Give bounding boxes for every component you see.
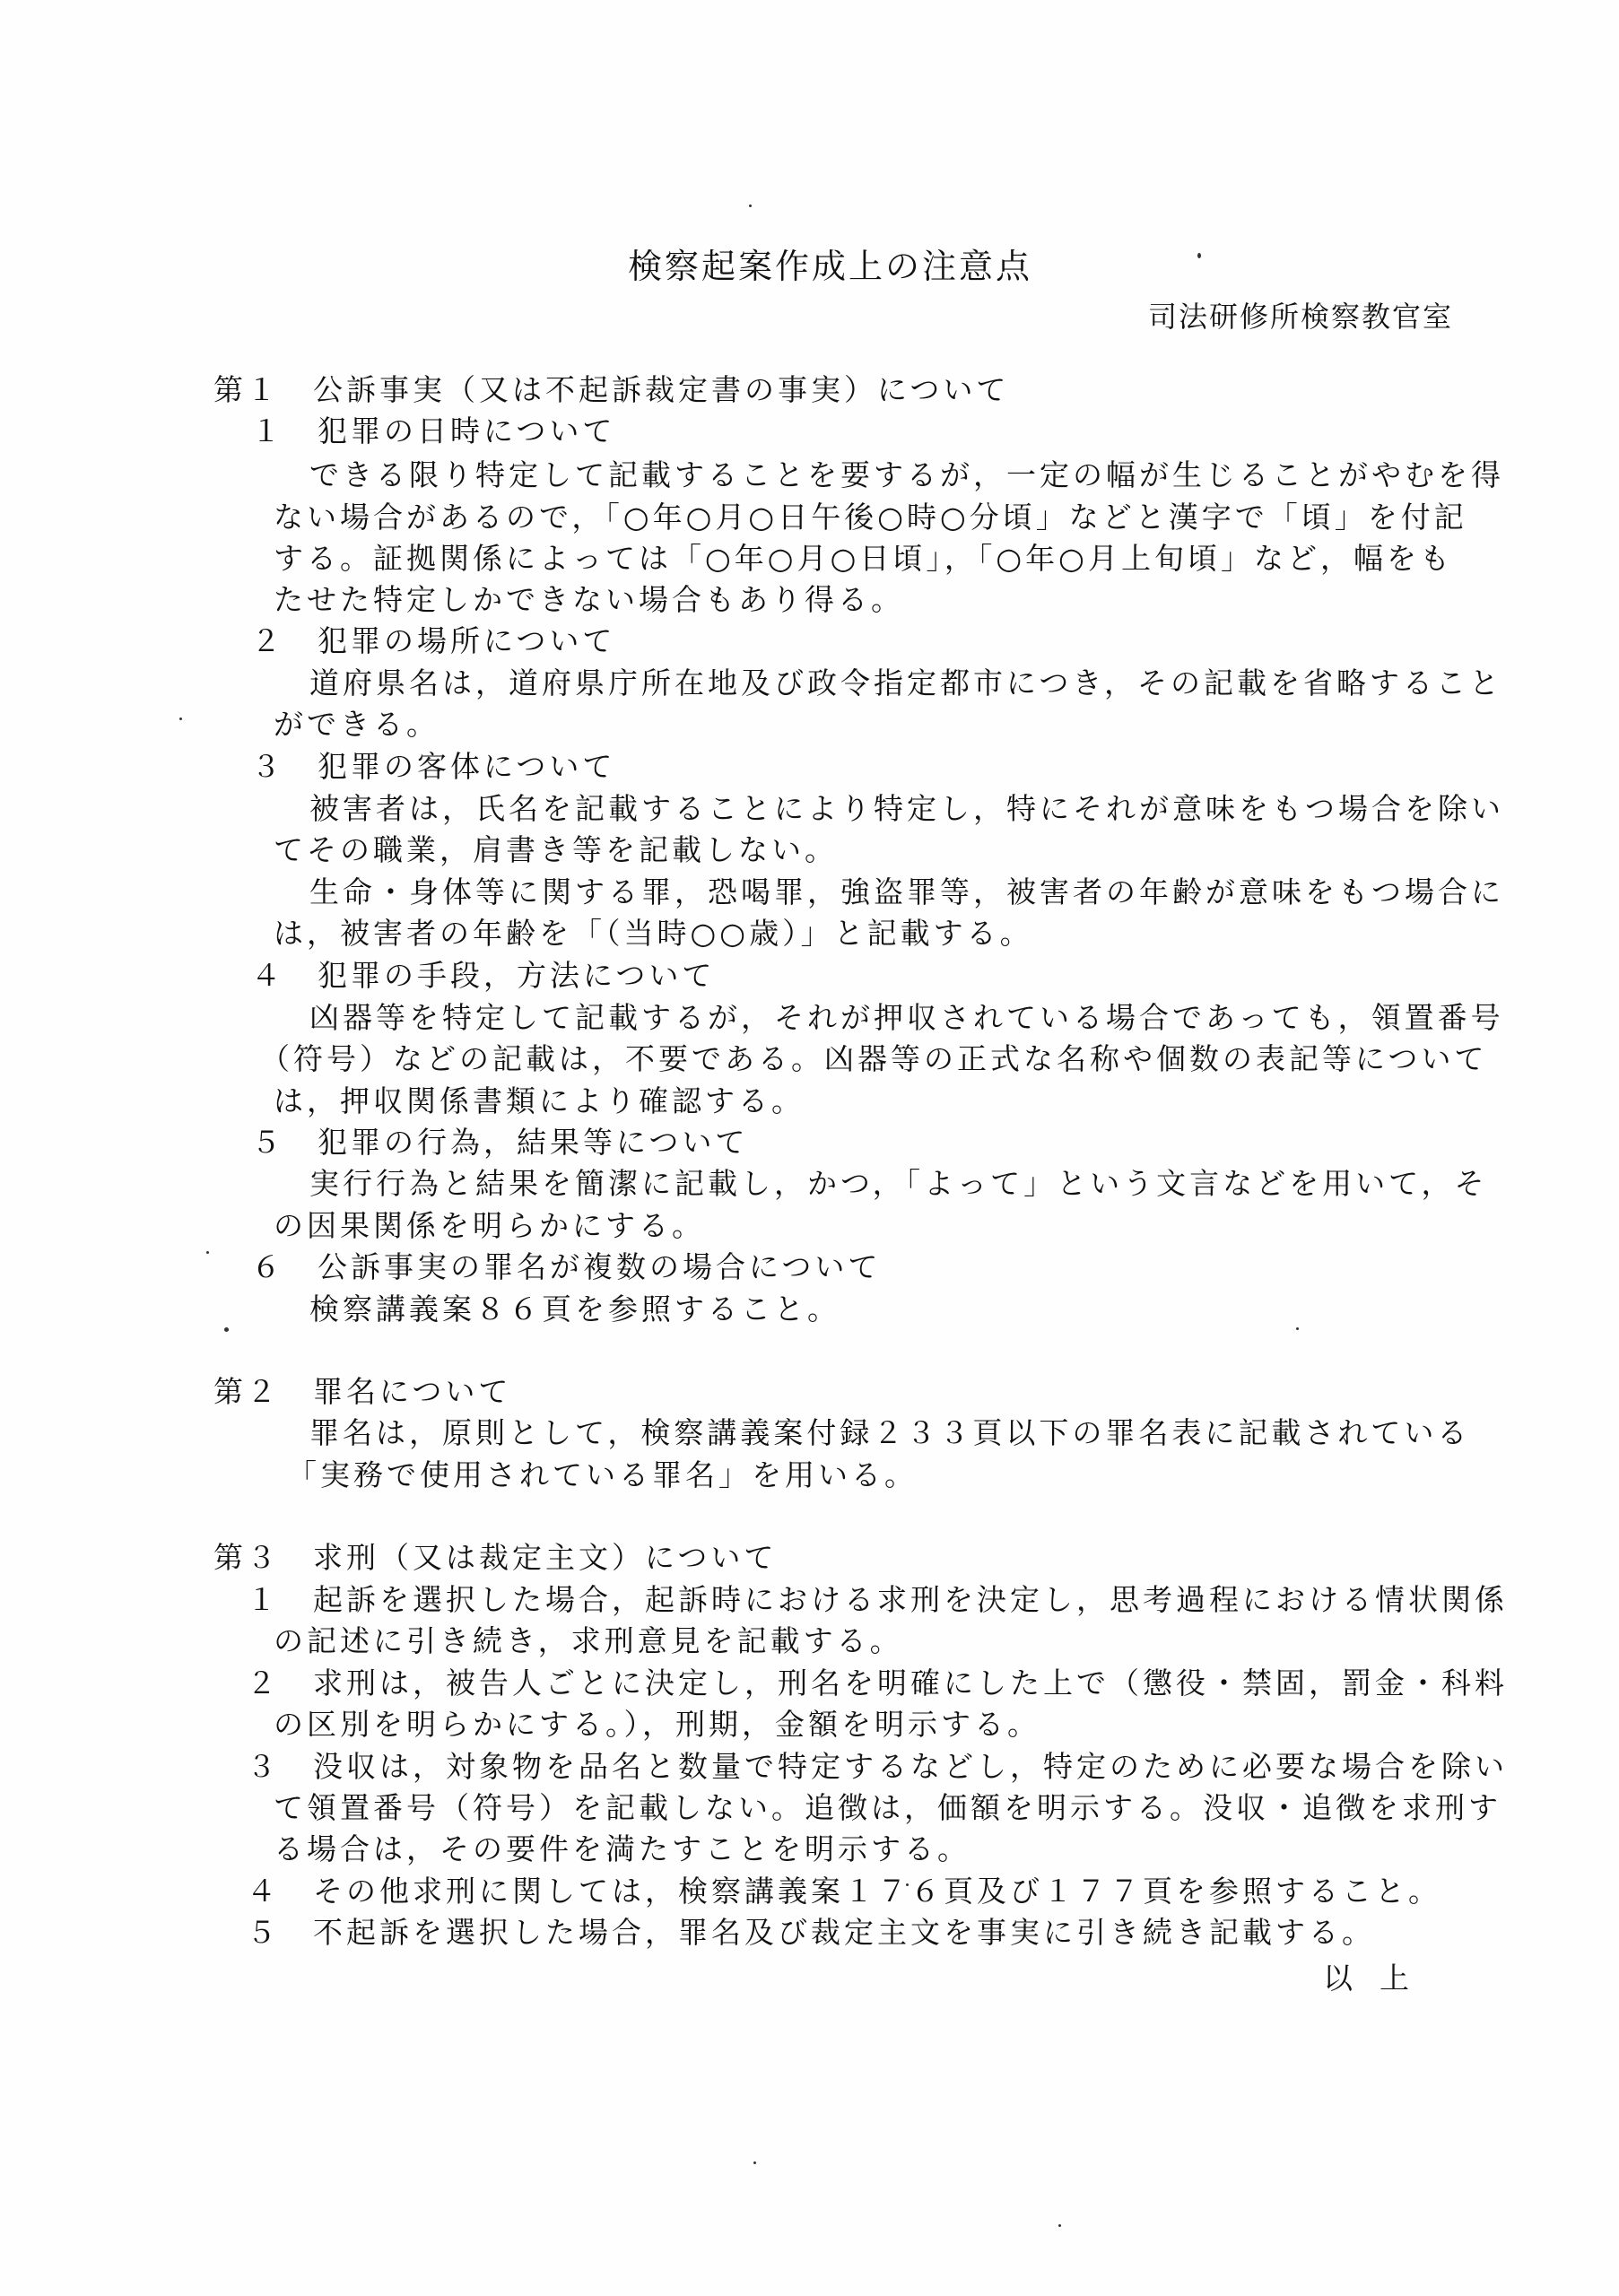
section-3-item-5: ５ 不起訴を選択した場合，罪名及び裁定主文を事実に引き続き記載する。 xyxy=(247,1915,1375,1951)
body-line: 道府県名は，道府県庁所在地及び政令指定都市につき，その記載を省略すること xyxy=(309,665,1502,701)
section-1-item-4-heading: ４ 犯罪の手段，方法について xyxy=(251,958,715,994)
section-3-item-4: ４ その他求刑に関しては，検察講義案１７６頁及び１７７頁を参照すること。 xyxy=(247,1874,1441,1909)
scan-speck xyxy=(906,1883,909,1886)
scan-speck xyxy=(1058,2224,1061,2227)
body-line: の記述に引き続き，求刑意見を記載する。 xyxy=(274,1623,903,1659)
body-line: てその職業，肩書き等を記載しない。 xyxy=(274,832,838,868)
body-line: て領置番号（符号）を記載しない。追徴は，価額を明示する。没収・追徴を求刑す xyxy=(274,1790,1501,1826)
body-line: の因果関係を明らかにする。 xyxy=(274,1208,705,1244)
body-line: たせた特定しかできない場合もあり得る。 xyxy=(274,582,904,618)
section-1-item-3-heading: ３ 犯罪の客体について xyxy=(251,749,615,785)
body-line: する。証拠関係によっては「○年○月○日頃」，「○年○月上旬頃」など，幅をも xyxy=(274,541,1453,577)
body-line: 生命・身体等に関する罪，恐喝罪，強盗罪等，被害者の年齢が意味をもつ場合に xyxy=(309,874,1504,910)
body-line: は，被害者の年齢を「（当時○○歳）」と記載する。 xyxy=(274,916,1033,952)
scan-speck xyxy=(1296,1327,1299,1330)
section-1-item-5-heading: ５ 犯罪の行為，結果等について xyxy=(251,1125,748,1161)
scan-speck xyxy=(753,2161,756,2164)
body-line: は，押収関係書類により確認する。 xyxy=(274,1083,805,1119)
scan-speck xyxy=(179,717,182,720)
scan-speck xyxy=(749,204,752,207)
section-1-item-1-heading: １ 犯罪の日時について xyxy=(251,413,615,449)
body-line: る場合は，その要件を満たすことを明示する。 xyxy=(274,1831,971,1867)
scanned-page: 検察起案作成上の注意点 司法研修所検察教官室 第１ 公訴事実（又は不起訴裁定書の… xyxy=(0,0,1619,2296)
section-1-item-2-heading: ２ 犯罪の場所について xyxy=(251,623,615,659)
body-line: 罪名は，原則として，検察講義案付録２３３頁以下の罪名表に記載されている xyxy=(309,1415,1470,1451)
body-line: 被害者は，氏名を記載することにより特定し，特にそれが意味をもつ場合を除い xyxy=(309,791,1504,827)
section-2-heading: 第２ 罪名について xyxy=(213,1374,511,1410)
scan-speck xyxy=(224,1327,229,1332)
body-line: 「実務で使用されている罪名」を用いる。 xyxy=(287,1457,918,1493)
section-1-item-6-heading: ６ 公訴事実の罪名が複数の場合について xyxy=(251,1249,881,1285)
body-line: ない場合があるので，「○年○月○日午後○時○分頃」などと漢字で「頃」を付記 xyxy=(274,500,1467,535)
section-1-heading: 第１ 公訴事実（又は不起訴裁定書の事実）について xyxy=(213,372,1009,408)
body-line: できる限り特定して記載することを要するが，一定の幅が生じることがやむを得 xyxy=(309,457,1504,493)
body-line: ができる。 xyxy=(274,707,440,743)
scan-speck xyxy=(206,1251,209,1254)
body-line: （符号）などの記載は，不要である。凶器等の正式な名称や個数の表記等について xyxy=(260,1041,1487,1077)
scan-speck xyxy=(1197,253,1201,258)
body-line: の区別を明らかにする。），刑期，金額を明示する。 xyxy=(274,1707,1040,1743)
document-title: 検察起案作成上の注意点 xyxy=(628,239,1032,288)
section-3-item-2: ２ 求刑は，被告人ごとに決定し，刑名を明確にした上で（懲役・禁固，罰金・科料 xyxy=(247,1665,1508,1701)
body-line: 凶器等を特定して記載するが，それが押収されている場合であっても，領置番号 xyxy=(309,1000,1504,1036)
body-line: 検察講義案８６頁を参照すること。 xyxy=(309,1291,840,1327)
body-line: 実行行為と結果を簡潔に記載し，かつ，「よって」という文言などを用いて，そ xyxy=(309,1166,1488,1202)
section-3-heading: 第３ 求刑（又は裁定主文）について xyxy=(213,1540,777,1576)
end-mark: 以上 xyxy=(1323,1955,1436,1997)
section-3-item-3: ３ 没収は，対象物を品名と数量で特定するなどし，特定のために必要な場合を除い xyxy=(247,1749,1508,1785)
document-author: 司法研修所検察教官室 xyxy=(1148,294,1453,335)
section-3-item-1: １ 起訴を選択した場合，起訴時における求刑を決定し，思考過程における情状関係 xyxy=(247,1582,1508,1618)
